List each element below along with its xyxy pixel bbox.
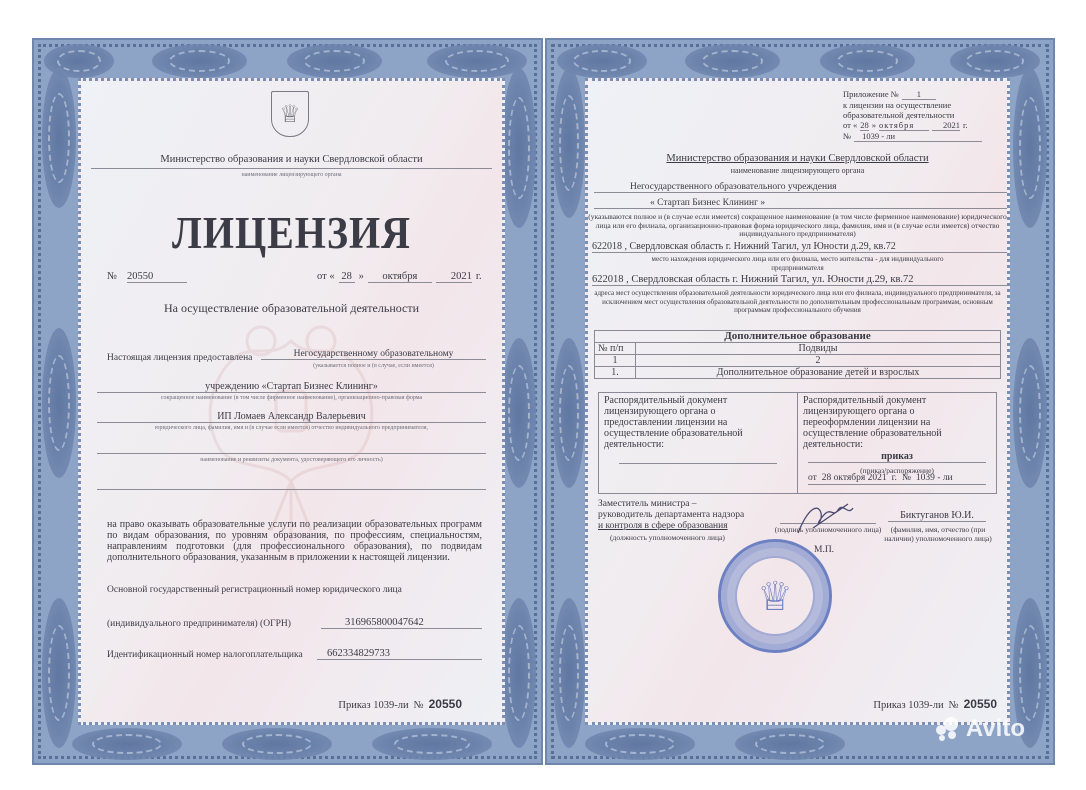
appendix-panel: Приложение № 1 к лицензии на осуществлен… — [585, 78, 1010, 725]
caption-identity-document: наименование и реквизиты документа, удос… — [97, 457, 486, 464]
caption-legal-entity: юридического лица, фамилия, имя и (в слу… — [97, 425, 486, 432]
date-day: 28 — [339, 271, 355, 283]
appendix-date-mid: » — [872, 120, 876, 131]
ornament-icon — [372, 728, 492, 760]
granted-label: Настоящая лицензия предоставлена — [107, 353, 252, 363]
table-cell-number: 1. — [595, 367, 636, 379]
order-footer: Приказ 1039-ли № 20550 — [873, 697, 997, 711]
organization-name-line2: « Стартап Бизнес Клининг » — [594, 198, 1007, 209]
ornament-icon — [735, 728, 845, 760]
position-line3: и контроля в сфере образования — [598, 521, 744, 532]
appendix-date-prefix: от « — [843, 120, 857, 131]
license-purpose: На осуществление образовательной деятель… — [91, 301, 492, 316]
appendix-date-year: 2021 — [932, 120, 960, 131]
grant-document: Распорядительный документ лицензирующего… — [599, 393, 797, 493]
table-index-cell: 1 — [595, 355, 636, 367]
divider — [97, 489, 486, 490]
ornament-icon — [820, 44, 915, 78]
issuer-caption: наименование лицензирующего органа — [598, 166, 997, 175]
order-no-label: № — [949, 700, 959, 711]
table-title: Дополнительное образование — [595, 331, 1001, 343]
organization-name-line1: Негосударственного образовательного учре… — [594, 182, 1007, 193]
reissue-document: Распорядительный документ лицензирующего… — [797, 393, 996, 493]
issuer-caption: наименование лицензирующего органа — [91, 172, 492, 179]
table-cell-subtype: Дополнительное образование детей и взрос… — [636, 367, 1001, 379]
ornament-icon — [553, 68, 585, 218]
ornament-icon — [553, 338, 585, 488]
date-year: 2021 — [436, 271, 472, 283]
ornament-icon — [553, 598, 585, 748]
ornament-icon — [222, 728, 332, 760]
ornament-icon — [502, 598, 536, 748]
grant-document-text: Распорядительный документ лицензирующего… — [604, 395, 774, 450]
activity-address-caption: адреса мест осуществления образовательно… — [594, 289, 1001, 315]
divider — [91, 168, 492, 169]
date-mid: » — [359, 271, 364, 283]
ornament-icon — [502, 338, 536, 488]
licensee-name-line3: ИП Ломаев Александр Валерьевич — [97, 411, 486, 423]
ornament-icon — [287, 44, 382, 78]
signatory-name: Биктуганов Ю.И. — [888, 510, 986, 522]
date-month: октября — [368, 271, 432, 283]
administrative-documents: Распорядительный документ лицензирующего… — [598, 392, 997, 494]
appendix-date-day: 28 — [860, 120, 869, 131]
licensee-name-line2: учреждению «Стартап Бизнес Клининг» — [97, 381, 486, 393]
order-number: 20550 — [429, 697, 462, 711]
signatory-position: Заместитель министра – руководитель депа… — [598, 499, 744, 543]
caption-short-name: сокращенное наименование (в том числе фи… — [97, 395, 486, 402]
ornament-icon — [585, 728, 695, 760]
ornament-icon — [152, 44, 247, 78]
ogrn-label-cont: (индивидуального предпринимателя) (ОГРН) — [107, 619, 291, 629]
reissue-no: 1039 - ли — [916, 473, 953, 484]
appendix-number: 1 — [902, 89, 936, 100]
legal-address: 622018 , Свердловская область г. Нижний … — [592, 241, 1007, 253]
legal-address-caption: место нахождения юридического лица или е… — [648, 255, 947, 272]
table-header-number: № п/п — [595, 343, 636, 355]
appendix-line3: образовательной деятельности — [843, 110, 993, 120]
license-page: ♕ Министерство образования и науки Сверд… — [32, 38, 543, 765]
license-panel: ♕ Министерство образования и науки Сверд… — [78, 78, 505, 725]
position-line1: Заместитель министра – — [598, 499, 744, 510]
avito-watermark-text: Avito — [966, 715, 1025, 743]
license-number-label: № — [107, 271, 117, 282]
ornament-icon — [1013, 68, 1047, 228]
order-no-label: № — [414, 700, 424, 711]
license-rights-text: на право оказывать образовательные услуг… — [107, 519, 482, 563]
ornament-icon — [42, 328, 76, 478]
reissue-document-text: Распорядительный документ лицензирующего… — [803, 395, 973, 450]
reissue-document-type: приказ — [808, 451, 986, 463]
appendix-date-month: октября — [879, 120, 929, 131]
reissue-date-prefix: от — [808, 473, 817, 484]
education-subtypes-table: Дополнительное образование № п/п Подвиды… — [594, 330, 1001, 379]
inn-label: Идентификационный номер налогоплательщик… — [107, 650, 303, 660]
coat-of-arms-icon: ♕ — [271, 91, 309, 137]
ornament-icon — [42, 68, 76, 208]
ornament-icon — [502, 68, 536, 228]
document-title: ЛИЦЕНЗИЯ — [81, 205, 502, 259]
table-index-cell: 2 — [636, 355, 1001, 367]
reissue-date-suffix: г. — [892, 473, 897, 484]
official-seal-icon: ♕ — [718, 539, 832, 653]
date-prefix: от « — [317, 271, 335, 283]
appendix-line2: к лицензии на осуществление — [843, 100, 993, 110]
divider — [97, 453, 486, 454]
appendix-header: Приложение № 1 к лицензии на осуществлен… — [843, 89, 993, 142]
order-footer: Приказ 1039-ли № 20550 — [338, 697, 462, 711]
appendix-no-label: № — [843, 131, 851, 142]
avito-watermark: Avito — [936, 715, 1025, 743]
order-label: Приказ 1039-ли — [873, 700, 943, 711]
reissue-no-label: № — [902, 473, 911, 484]
activity-address: 622018 , Свердловская область г. Нижний … — [592, 274, 1007, 286]
issuer-name: Министерство образования и науки Свердло… — [598, 153, 997, 164]
appendix-label: Приложение № — [843, 89, 899, 100]
order-number: 20550 — [964, 697, 997, 711]
order-label: Приказ 1039-ли — [338, 700, 408, 711]
position-line2: руководитель департамента надзора — [598, 510, 744, 521]
ornament-icon — [685, 44, 780, 78]
avito-logo-icon — [936, 717, 962, 741]
position-caption: (должность уполномоченного лица) — [598, 532, 744, 543]
stamp-label: М.П. — [814, 545, 834, 555]
signature-caption: (подпись уполномоченного лица) — [768, 525, 888, 534]
caption-full-name: (указывается полное и (в случае, если им… — [261, 363, 486, 370]
table-header-subtypes: Подвиды — [636, 343, 1001, 355]
reissue-date: 28 октября 2021 — [822, 473, 887, 484]
issuer-name: Министерство образования и науки Свердло… — [91, 154, 492, 165]
ornament-icon — [1013, 338, 1047, 488]
license-appendix-page: Приложение № 1 к лицензии на осуществлен… — [545, 38, 1055, 765]
ogrn-value: 316965800047642 — [321, 617, 482, 629]
appendix-no-value: 1039 - ли — [854, 131, 982, 142]
inn-value: 662334829733 — [317, 648, 482, 660]
date-suffix: г. — [476, 271, 482, 283]
license-date: от « 28 » октября 2021 г. — [317, 271, 482, 283]
signatory-name-caption: (фамилия, имя, отчество (при наличии) уп… — [883, 525, 993, 543]
ornament-icon — [72, 728, 182, 760]
appendix-date-suffix: г. — [963, 120, 968, 131]
ornament-icon — [42, 598, 76, 748]
organization-caption: (указываются полное и (в случае если име… — [588, 213, 1007, 239]
divider — [619, 463, 777, 464]
ogrn-label: Основной государственный регистрационный… — [107, 585, 402, 595]
license-number: 20550 — [127, 271, 187, 283]
reissue-document-date: от 28 октября 2021 г. № 1039 - ли — [808, 473, 986, 485]
licensee-name-line1: Негосударственному образовательному — [261, 349, 486, 360]
table-row: 1. Дополнительное образование детей и вз… — [595, 367, 1001, 379]
